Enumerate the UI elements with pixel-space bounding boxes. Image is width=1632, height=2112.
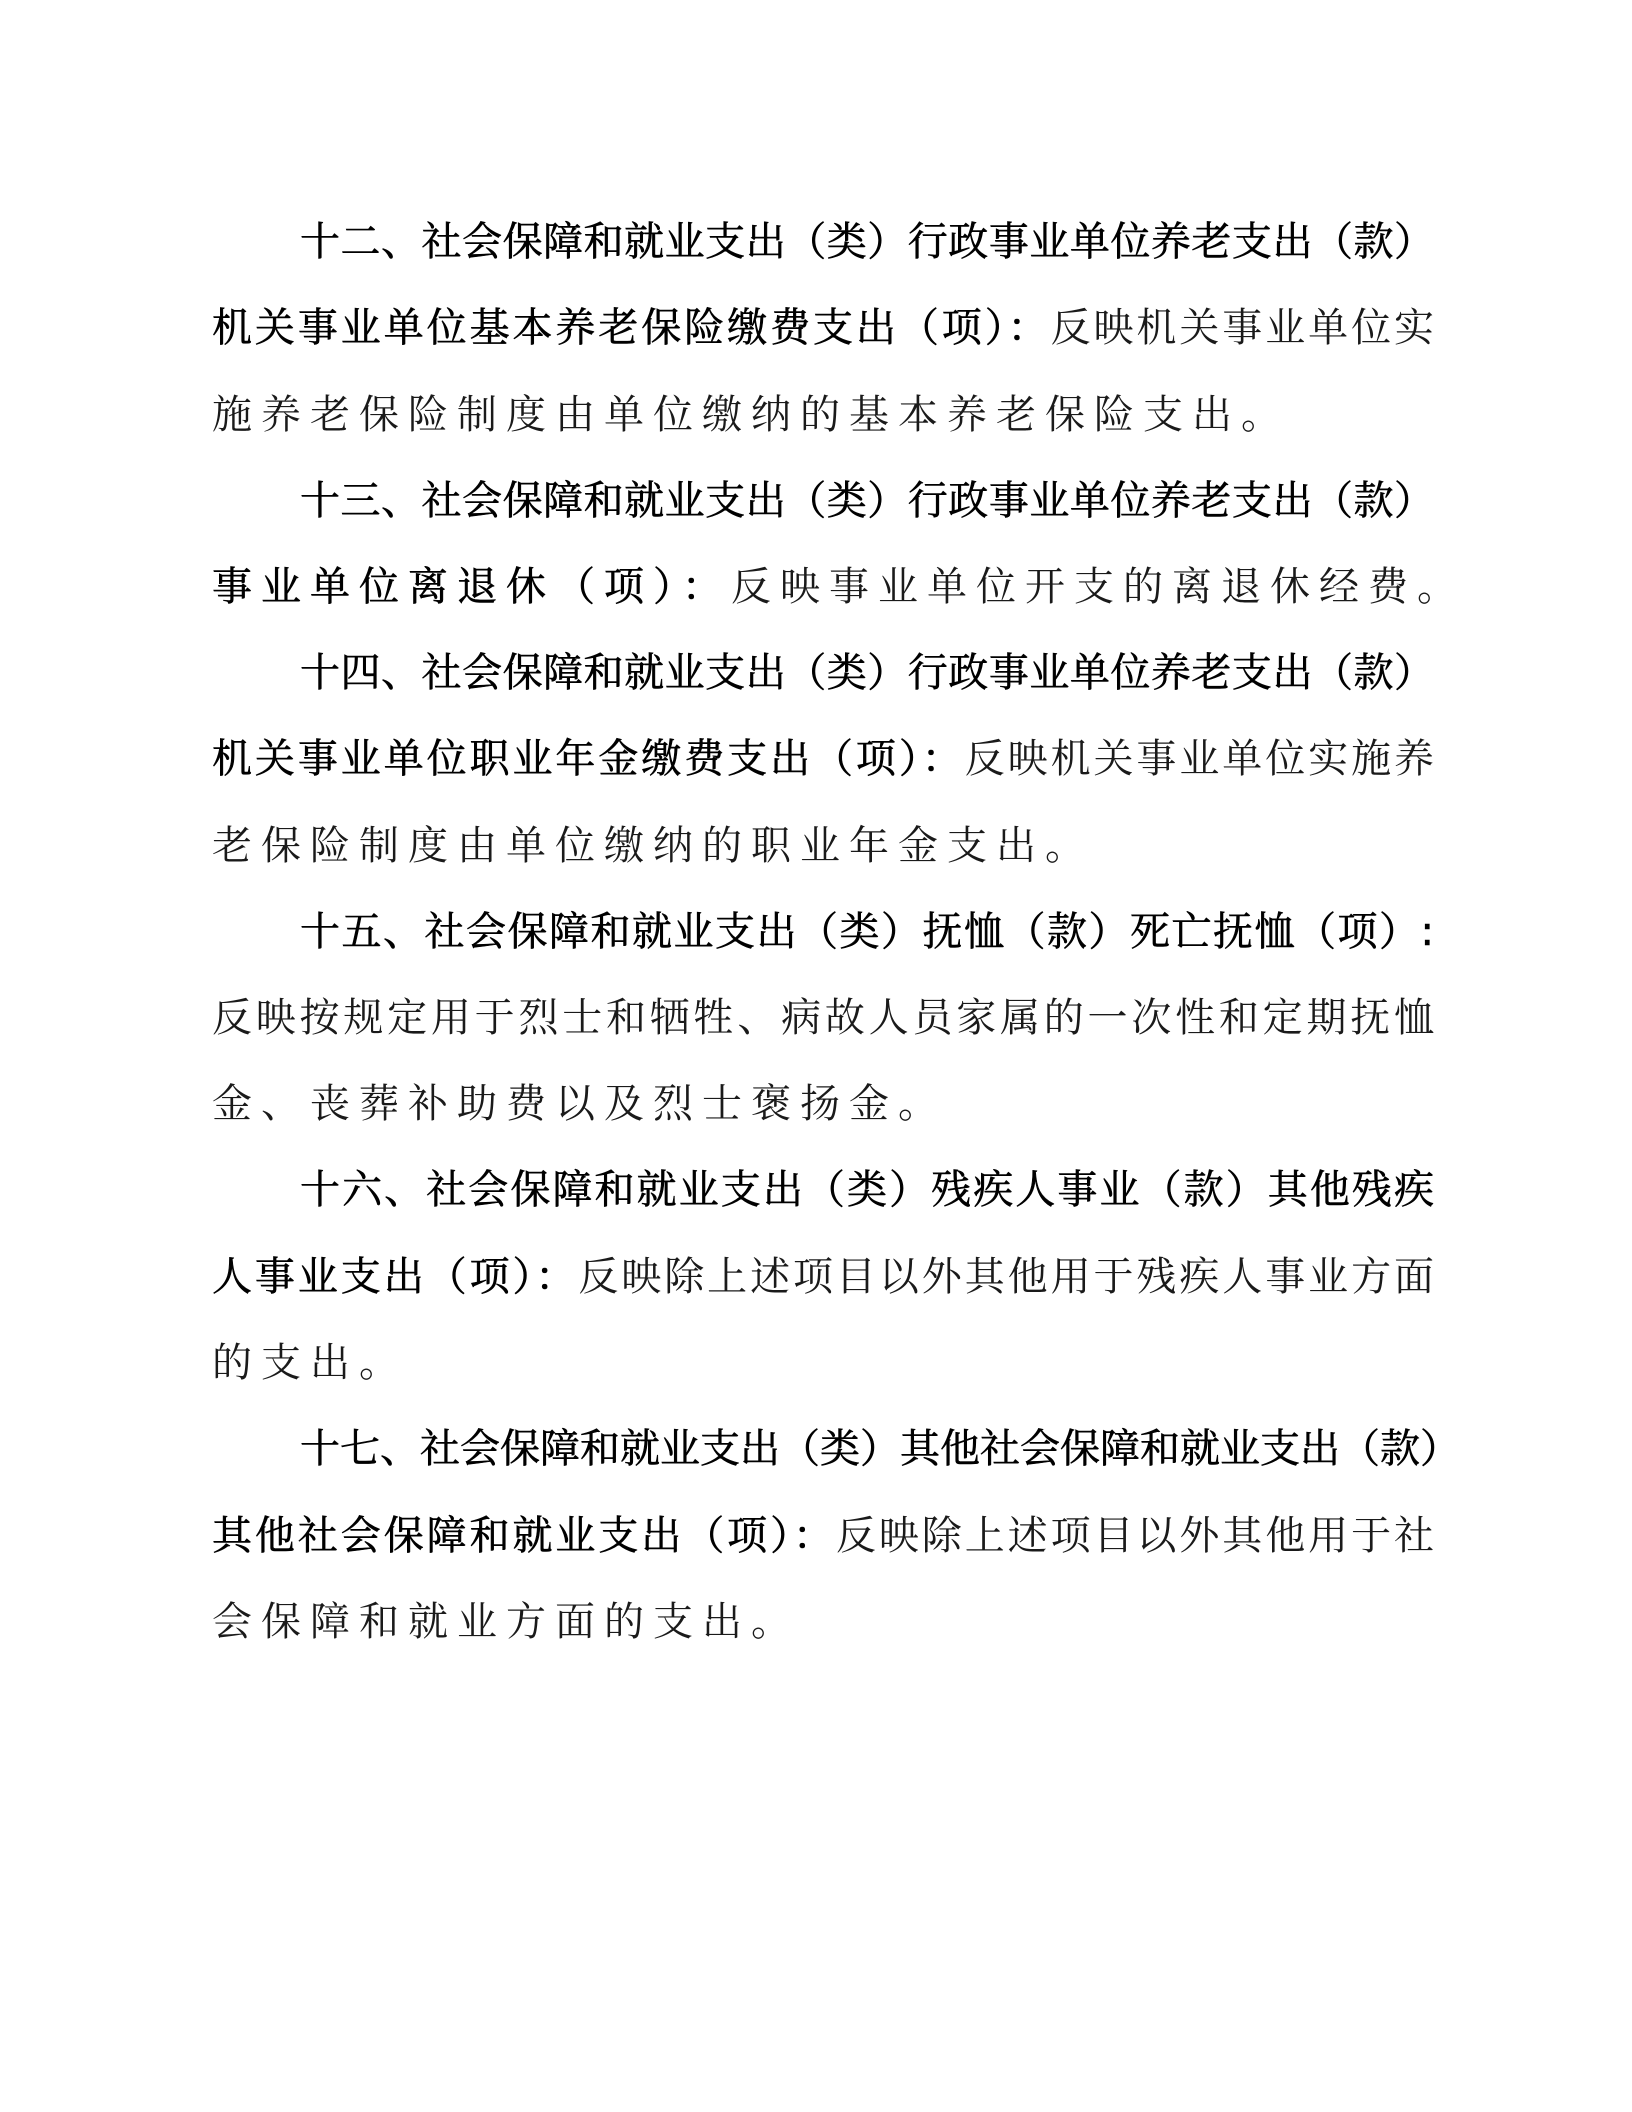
term-text: 十四、社会保障和就业支出（类）行政事业单位养老支出（款） — [300, 650, 1434, 696]
desc-text: 反映除上述项目以外其他用于社 — [836, 1513, 1434, 1559]
term-text: 人事业支出（项）： — [212, 1254, 578, 1300]
paragraph-12-line-3: 施养老保险制度由单位缴纳的基本养老保险支出。 — [212, 391, 1434, 439]
paragraph-14-line-2: 机关事业单位职业年金缴费支出（项）：反映机关事业单位实施养 — [212, 735, 1434, 783]
term-text: 机关事业单位基本养老保险缴费支出（项）： — [212, 305, 1051, 351]
term-text: 机关事业单位职业年金缴费支出（项）： — [212, 736, 965, 782]
desc-text: 施养老保险制度由单位缴纳的基本养老保险支出。 — [212, 392, 1290, 438]
document-page: 十二、社会保障和就业支出（类）行政事业单位养老支出（款） 机关事业单位基本养老保… — [0, 0, 1632, 2112]
term-text: 十五、社会保障和就业支出（类）抚恤（款）死亡抚恤（项）: — [300, 909, 1434, 955]
paragraph-12-line-1: 十二、社会保障和就业支出（类）行政事业单位养老支出（款） — [300, 218, 1434, 266]
term-text: 事业单位离退休（项）： — [212, 564, 731, 610]
paragraph-17-line-3: 会保障和就业方面的支出。 — [212, 1598, 1434, 1646]
desc-text: 的支出。 — [212, 1340, 408, 1386]
paragraph-15-line-2: 反映按规定用于烈士和牺牲、病故人员家属的一次性和定期抚恤 — [212, 994, 1434, 1042]
paragraph-14-line-3: 老保险制度由单位缴纳的职业年金支出。 — [212, 822, 1434, 870]
desc-text: 反映按规定用于烈士和牺牲、病故人员家属的一次性和定期抚恤 — [212, 995, 1434, 1041]
desc-text: 金、丧葬补助费以及烈士褒扬金。 — [212, 1081, 947, 1127]
paragraph-17-line-1: 十七、社会保障和就业支出（类）其他社会保障和就业支出（款） — [300, 1425, 1434, 1473]
desc-text: 反映机关事业单位实施养 — [965, 736, 1434, 782]
paragraph-12-line-2: 机关事业单位基本养老保险缴费支出（项）：反映机关事业单位实 — [212, 304, 1434, 352]
term-text: 十二、社会保障和就业支出（类）行政事业单位养老支出（款） — [300, 219, 1434, 265]
paragraph-15-line-3: 金、丧葬补助费以及烈士褒扬金。 — [212, 1080, 1434, 1128]
paragraph-16-line-1: 十六、社会保障和就业支出（类）残疾人事业（款）其他残疾 — [300, 1166, 1434, 1214]
term-text: 十七、社会保障和就业支出（类）其他社会保障和就业支出（款） — [300, 1426, 1460, 1472]
paragraph-16-line-2: 人事业支出（项）：反映除上述项目以外其他用于残疾人事业方面 — [212, 1253, 1434, 1301]
paragraph-17-line-2: 其他社会保障和就业支出（项）：反映除上述项目以外其他用于社 — [212, 1512, 1434, 1560]
desc-text: 会保障和就业方面的支出。 — [212, 1599, 800, 1645]
desc-text: 反映机关事业单位实 — [1051, 305, 1434, 351]
paragraph-13-line-2: 事业单位离退休（项）：反映事业单位开支的离退休经费。 — [212, 563, 1434, 611]
paragraph-16-line-3: 的支出。 — [212, 1339, 1434, 1387]
term-text: 十三、社会保障和就业支出（类）行政事业单位养老支出（款） — [300, 478, 1434, 524]
desc-text: 反映事业单位开支的离退休经费。 — [731, 564, 1466, 610]
term-text: 其他社会保障和就业支出（项）： — [212, 1513, 836, 1559]
desc-text: 老保险制度由单位缴纳的职业年金支出。 — [212, 823, 1094, 869]
paragraph-15-line-1: 十五、社会保障和就业支出（类）抚恤（款）死亡抚恤（项）: — [300, 908, 1434, 956]
paragraph-14-line-1: 十四、社会保障和就业支出（类）行政事业单位养老支出（款） — [300, 649, 1434, 697]
desc-text: 反映除上述项目以外其他用于残疾人事业方面 — [578, 1254, 1434, 1300]
paragraph-13-line-1: 十三、社会保障和就业支出（类）行政事业单位养老支出（款） — [300, 477, 1434, 525]
term-text: 十六、社会保障和就业支出（类）残疾人事业（款）其他残疾 — [300, 1167, 1434, 1213]
